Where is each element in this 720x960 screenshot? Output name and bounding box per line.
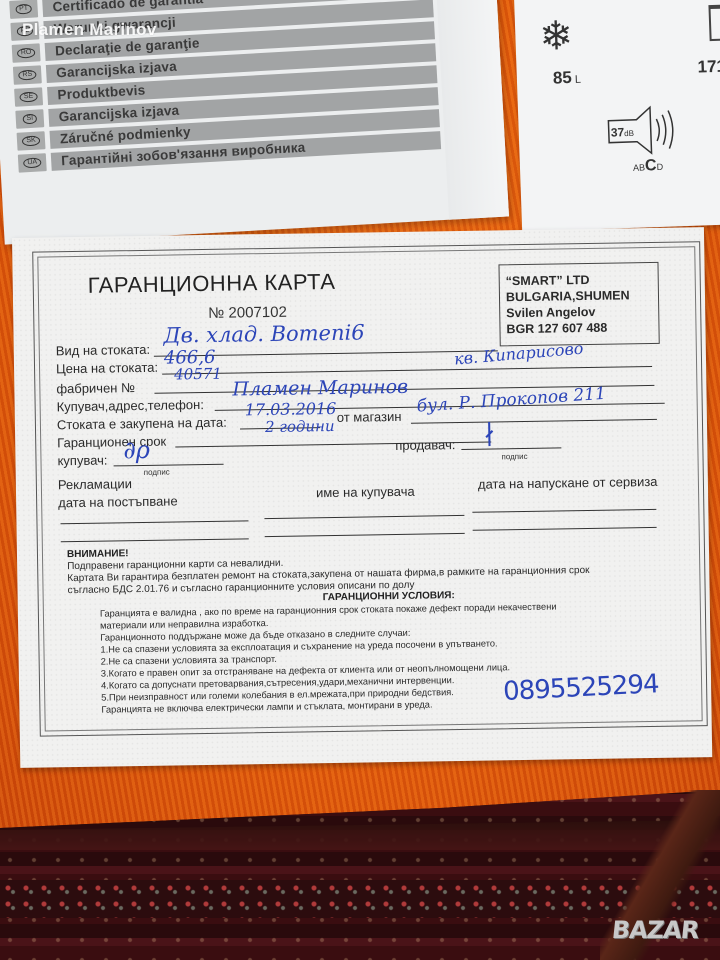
noise-class-scale: ABCD <box>633 157 664 176</box>
country-code-badge: UA <box>18 153 47 173</box>
warranty-period-label: Гаранционен срок <box>57 434 166 451</box>
company-stamp: “SMART” LTD BULGARIA,SHUMEN Svilen Angel… <box>498 262 659 347</box>
energy-label: ❄ 85L 171 37dB ABCD <box>514 0 720 232</box>
claims-col-buyer-name: име на купувача <box>316 484 415 501</box>
store-label: от магазин <box>337 409 402 425</box>
claims-col-received-date: дата на постъпване <box>58 493 178 510</box>
conditions-title: ГАРАНЦИОННИ УСЛОВИЯ: <box>323 590 455 603</box>
claims-col-service-exit-date: дата на напускане от сервиза <box>478 474 658 492</box>
seller-signature: ∤ <box>483 420 496 450</box>
freezer-volume: 85L <box>553 68 582 89</box>
purchase-date-label: Стоката е закупена на дата: <box>57 415 227 433</box>
card-number: № 2007102 <box>208 304 287 322</box>
fridge-icon <box>708 4 720 41</box>
claims-heading: Рекламации <box>58 476 132 492</box>
country-code-badge: SE <box>14 87 43 107</box>
snowflake-icon: ❄ <box>539 16 574 57</box>
notice-title: ВНИМАНИЕ! <box>67 548 129 560</box>
serial-value: 40571 <box>174 365 222 384</box>
photographer-watermark: Plamen Marinov <box>22 20 157 40</box>
country-code-badge: PT <box>9 0 38 19</box>
warranty-card: ГАРАНЦИОННА КАРТА № 2007102 “SMART” LTD … <box>12 227 712 768</box>
buyer-signature: ∂ρ <box>123 436 150 464</box>
serial-label: фабричен № <box>56 380 135 396</box>
noise-level: 37dB <box>611 125 635 140</box>
seller-signature-label: продавач: <box>395 437 455 453</box>
country-code-badge: SI <box>15 109 44 129</box>
booklet-edge <box>434 0 509 220</box>
buyer-value: Пламен Маринов <box>232 376 408 401</box>
stamp-vat: BGR 127 607 488 <box>506 319 652 337</box>
product-type-value: Дв. хлад. Bomeni6 <box>163 320 364 347</box>
buyer-signature-label: купувач: <box>57 453 107 469</box>
seller-signature-caption: подпис <box>501 452 527 461</box>
country-code-badge: SK <box>17 131 46 151</box>
country-code-badge: RS <box>13 65 42 85</box>
warranty-period-value: 2 години <box>265 417 335 436</box>
card-title: ГАРАНЦИОННА КАРТА <box>88 269 336 299</box>
country-code-badge: RO <box>12 43 41 63</box>
fridge-volume: 171 <box>697 57 720 78</box>
price-label: Цена на стоката: <box>56 360 158 377</box>
buyer-label: Купувач,адрес,телефон: <box>57 397 204 414</box>
buyer-signature-caption: подпис <box>144 468 170 477</box>
bazar-logo: BAZAR <box>611 916 700 944</box>
product-type-label: Вид на стоката: <box>56 342 150 358</box>
